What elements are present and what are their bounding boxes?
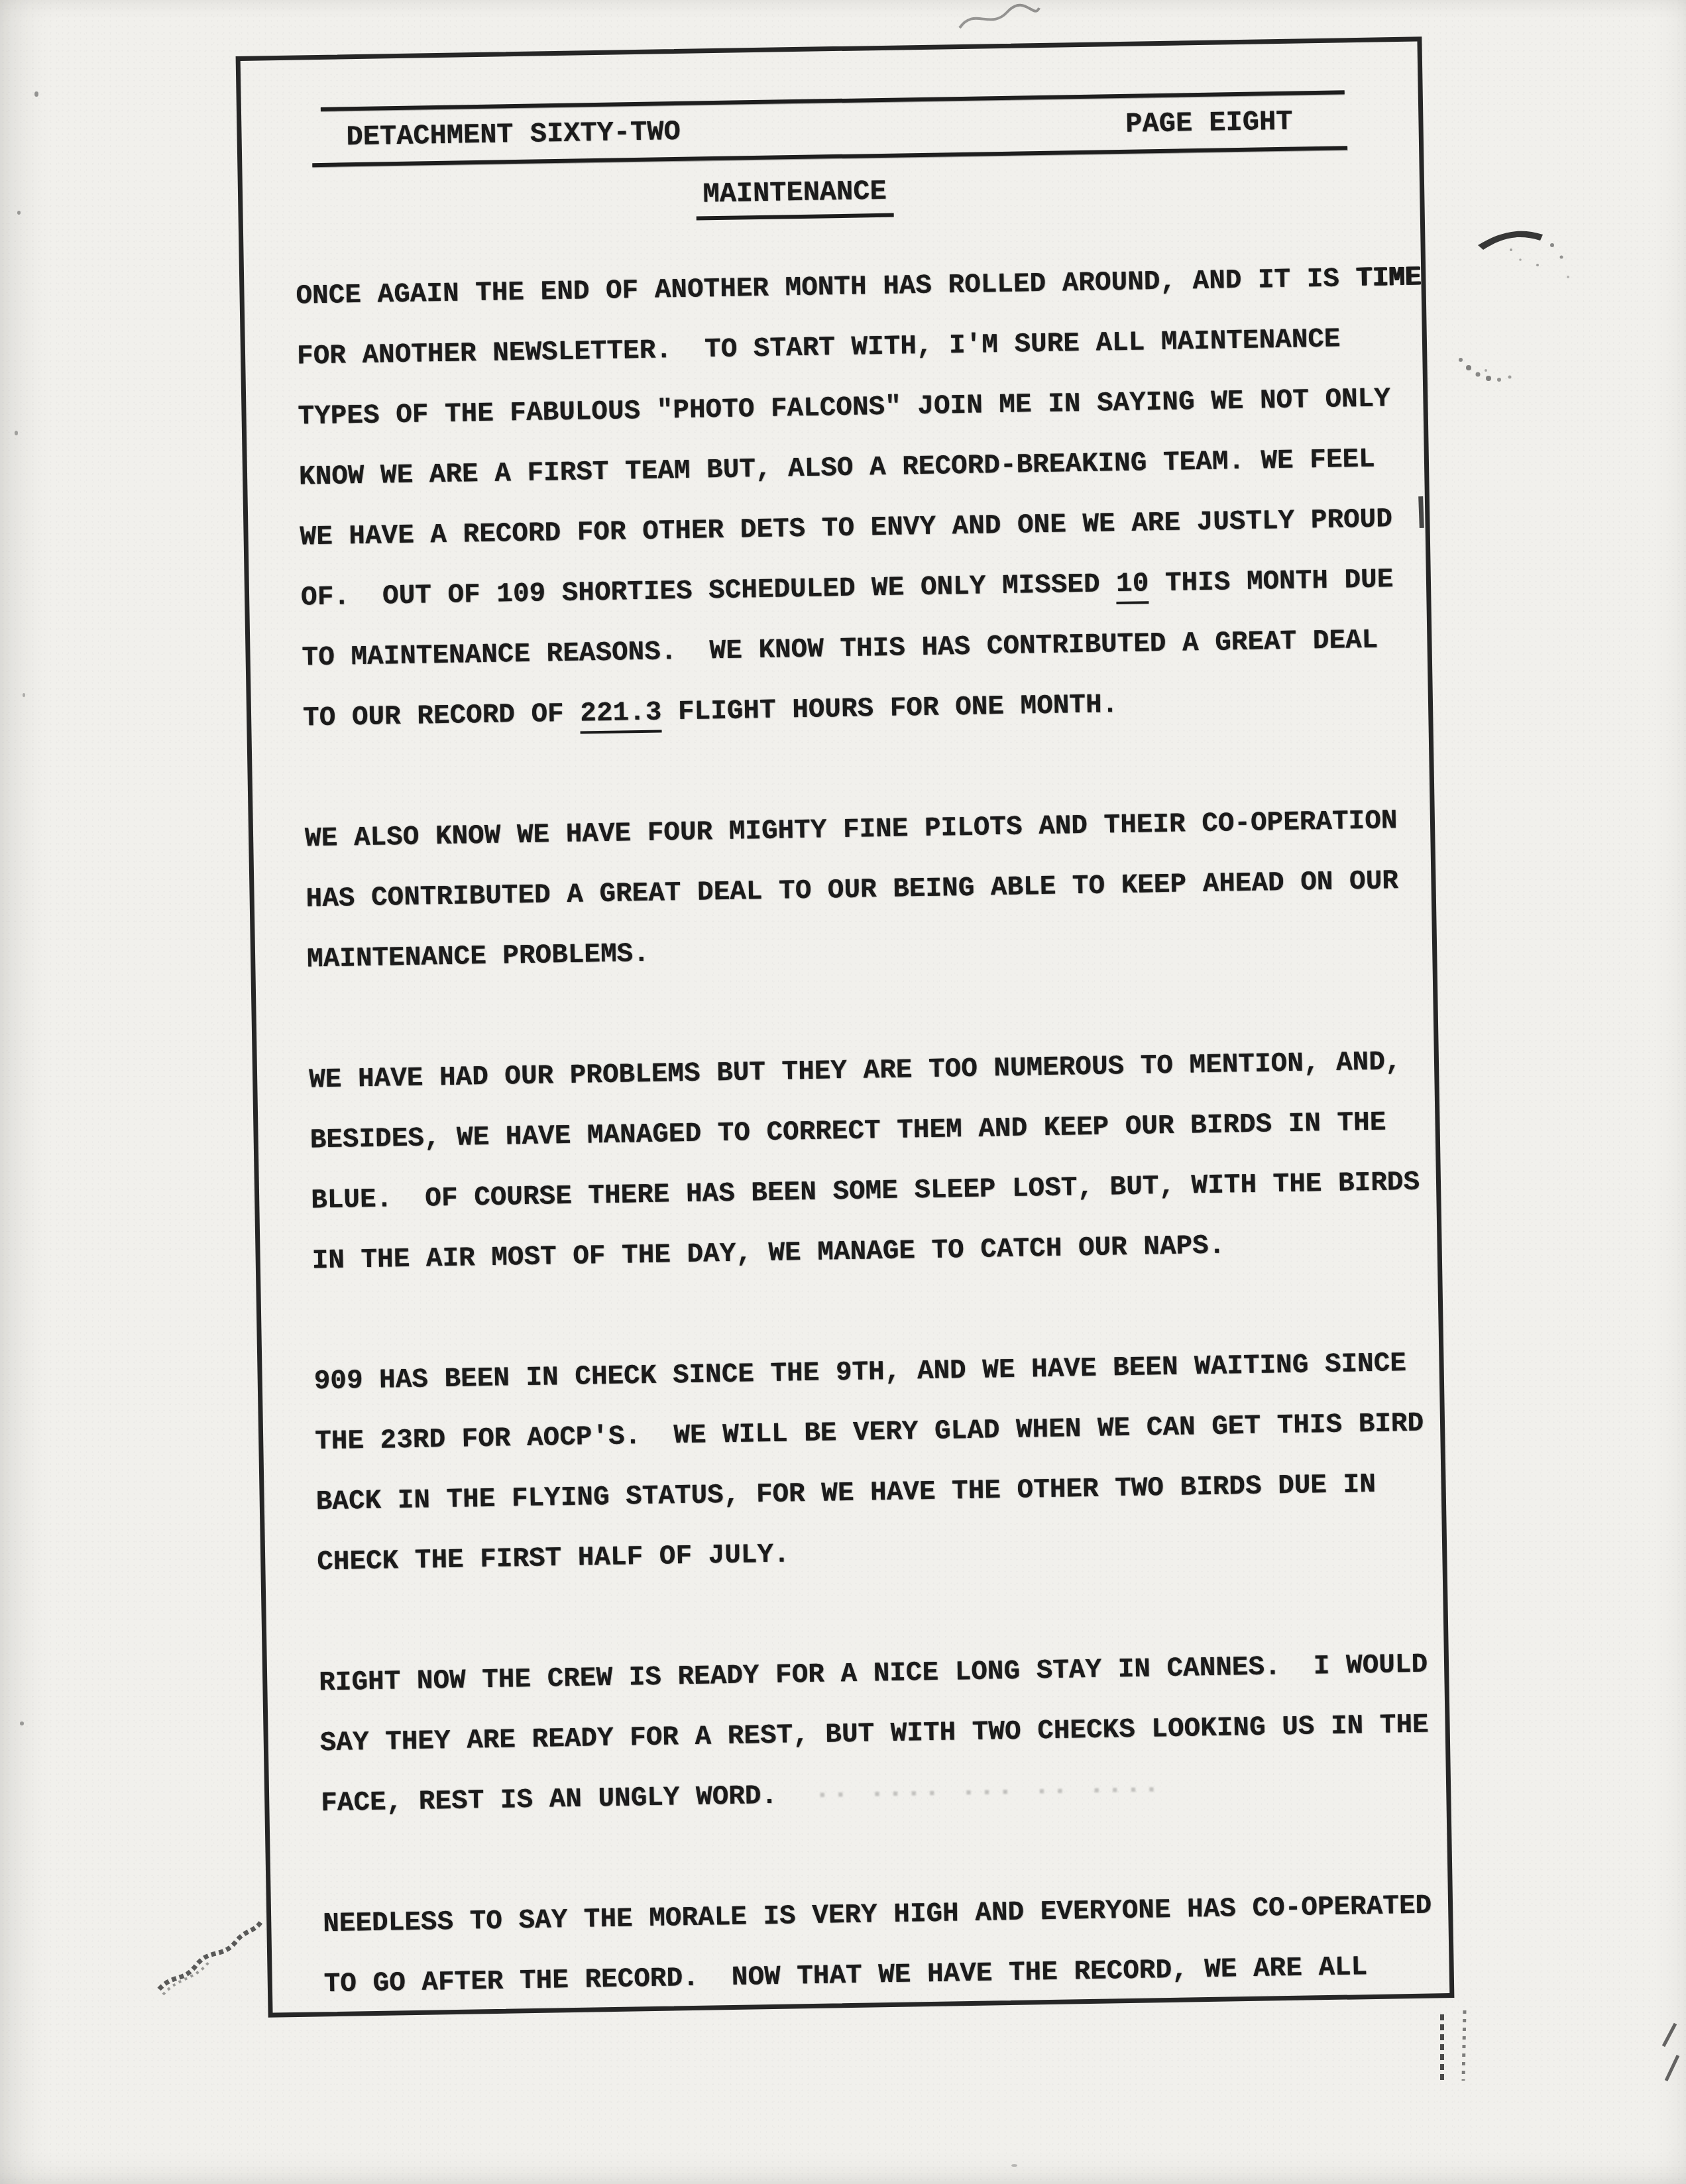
paragraph-6: NEEDLESS TO SAY THE MORALE IS VERY HIGH …	[323, 1876, 1437, 2015]
ink-speck	[1011, 2164, 1017, 2167]
pencil-squiggle-top	[956, 1, 1043, 34]
paragraph-2: WE ALSO KNOW WE HAVE FOUR MIGHTY FINE PI…	[304, 791, 1419, 991]
page-header: DETACHMENT SIXTY-TWO PAGE EIGHT	[241, 89, 1419, 168]
speckled-arc-smudge-right	[1455, 341, 1528, 394]
pen-marks-bottom-right	[1654, 2020, 1685, 2086]
detachment-title: DETACHMENT SIXTY-TWO	[346, 116, 681, 153]
document-body: ONCE AGAIN THE END OF ANOTHER MONTH HAS …	[244, 248, 1450, 2016]
scanned-document-page: DETACHMENT SIXTY-TWO PAGE EIGHT MAINTENA…	[0, 0, 1686, 2184]
ink-speck	[20, 1721, 24, 1725]
section-title: MAINTENANCE	[696, 175, 893, 221]
paragraph-3: WE HAVE HAD OUR PROBLEMS BUT THEY ARE TO…	[308, 1032, 1424, 1292]
line-text: FACE, REST IS AN UNGLY WORD.	[321, 1781, 778, 1819]
paragraph-4: 909 HAS BEEN IN CHECK SINCE THE 9TH, AND…	[313, 1334, 1430, 1594]
ink-streak-smudge-right	[1474, 219, 1580, 295]
line-text: FLIGHT HOURS FOR ONE MONTH.	[661, 690, 1119, 728]
smudge-trail-below-border-2	[1459, 2008, 1470, 2086]
erased-text-artifact: ·· ···· ··· ·· ····	[777, 1774, 1162, 1812]
pencil-squiggle-bottom-left	[154, 1910, 266, 1999]
ink-speck	[23, 693, 25, 697]
page-border-frame: DETACHMENT SIXTY-TWO PAGE EIGHT MAINTENA…	[236, 36, 1455, 2017]
line-text: THIS MONTH DUE	[1149, 565, 1394, 599]
line-text: TO OUR RECORD OF	[303, 699, 581, 734]
paragraph-1: ONCE AGAIN THE END OF ANOTHER MONTH HAS …	[296, 248, 1416, 749]
underlined-value: 221.3	[580, 698, 662, 734]
ink-speck	[34, 91, 38, 97]
underlined-value: 10	[1116, 569, 1149, 604]
line-text: OF. OUT OF 109 SHORTIES SCHEDULED WE ONL…	[301, 569, 1117, 613]
line-text: ONCE AGAIN THE END OF ANOTHER MONTH HAS …	[296, 264, 1356, 312]
page-number: PAGE EIGHT	[1125, 106, 1293, 140]
ink-speck	[17, 211, 21, 215]
smudge-trail-below-border-1	[1437, 2012, 1447, 2086]
paragraph-5: RIGHT NOW THE CREW IS READY FOR A NICE L…	[319, 1635, 1433, 1834]
overstruck-word: TIME	[1355, 262, 1421, 294]
ink-speck	[15, 431, 18, 435]
